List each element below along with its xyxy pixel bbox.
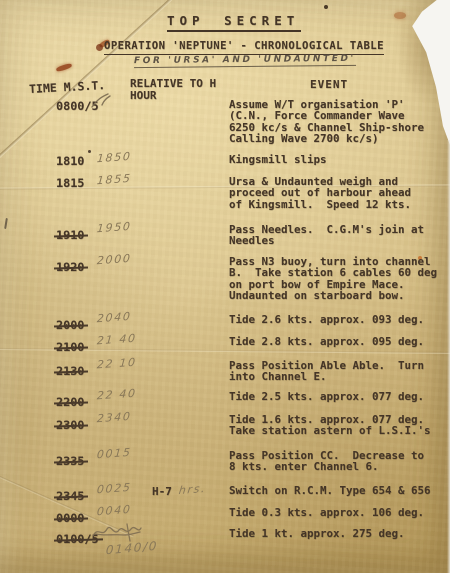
event-text: Assume W/T organisation 'P'(C.N., Force … xyxy=(229,99,424,144)
time-typed: 1810 xyxy=(56,154,84,168)
table-row: 1815 1855 Ursa & Undaunted weigh andproc… xyxy=(0,176,450,188)
time-typed: 0000 xyxy=(56,511,84,525)
table-row: 1810 1850 Kingsmill slips xyxy=(0,154,450,166)
time-handwritten: 1950 xyxy=(96,220,132,235)
table-row: 2130 22 10 Pass Position Able Able. Turn… xyxy=(0,360,450,372)
time-handwritten: 22 10 xyxy=(96,356,137,372)
event-text: Kingsmill slips xyxy=(229,154,327,165)
table-row: 2000 2040 Tide 2.6 kts. approx. 093 deg. xyxy=(0,314,450,326)
table-row: 0100/5 0140/0 Tide 1 kt. approx. 275 deg… xyxy=(0,528,450,540)
event-text: Pass Position Able Able. Turninto Channe… xyxy=(229,360,424,383)
event-text: Pass Needles. C.G.M's join atNeedles xyxy=(229,224,424,247)
time-handwritten: 2040 xyxy=(96,310,132,325)
event-text: Ursa & Undaunted weigh andproceed out of… xyxy=(229,176,411,210)
event-text: Tide 1 kt. approx. 275 deg. xyxy=(229,528,405,539)
table-row: 2300 2340 Tide 1.6 kts. approx. 077 deg.… xyxy=(0,414,450,426)
time-handwritten-below: 0140/0 xyxy=(105,539,158,557)
table-row: 2100 21 40 Tide 2.8 kts. approx. 095 deg… xyxy=(0,336,450,348)
relative-typed: H-7 xyxy=(152,485,172,498)
time-handwritten: 0040 xyxy=(96,503,132,518)
table-row: 2335 0015 Pass Position CC. Decrease to8… xyxy=(0,450,450,462)
time-typed: 0800/5 xyxy=(56,99,99,113)
table-row: 2200 22 40 Tide 2.5 kts. approx. 077 deg… xyxy=(0,391,450,403)
time-typed: 2335 xyxy=(56,454,84,468)
table-row: 0000 0040 Tide 0.3 kts. approx. 106 deg. xyxy=(0,507,450,519)
table-row: 1920 2000 Pass N3 buoy, turn into channe… xyxy=(0,256,450,268)
event-text: Tide 2.5 kts. approx. 077 deg. xyxy=(229,391,424,402)
relative-handwritten: hrs. xyxy=(178,482,207,497)
event-text: Pass Position CC. Decrease to8 kts. ente… xyxy=(229,450,424,473)
time-handwritten: 22 40 xyxy=(96,387,137,403)
table-row: 2345 0025 H-7 hrs. Switch on R.C.M. Type… xyxy=(0,485,450,497)
time-typed: 2000 xyxy=(56,318,84,332)
time-handwritten: 0015 xyxy=(96,446,132,461)
time-handwritten: 21 40 xyxy=(96,332,137,348)
time-handwritten: 1855 xyxy=(96,172,132,187)
table-row: 0800/5 Assume W/T organisation 'P'(C.N.,… xyxy=(0,99,450,111)
time-typed: 1815 xyxy=(56,176,84,190)
time-typed: 2130 xyxy=(56,364,84,378)
time-typed: 0100/5 xyxy=(56,532,99,546)
time-handwritten: 2340 xyxy=(96,410,132,425)
document-page: TOP SECRET OPERATION 'NEPTUNE' - CHRONOL… xyxy=(0,0,450,573)
chronological-table: 0800/5 Assume W/T organisation 'P'(C.N.,… xyxy=(0,0,450,573)
time-typed: 2345 xyxy=(56,489,84,503)
time-typed: 2200 xyxy=(56,395,84,409)
time-handwritten: 0025 xyxy=(96,481,132,496)
event-text: Switch on R.C.M. Type 654 & 656 xyxy=(229,485,431,496)
event-text: Tide 0.3 kts. approx. 106 deg. xyxy=(229,507,424,518)
event-text: Tide 2.6 kts. approx. 093 deg. xyxy=(229,314,424,325)
event-text: Tide 2.8 kts. approx. 095 deg. xyxy=(229,336,424,347)
table-row: 1910 1950 Pass Needles. C.G.M's join atN… xyxy=(0,224,450,236)
event-text: Tide 1.6 kts. approx. 077 deg.Take stati… xyxy=(229,414,431,437)
time-typed: 2300 xyxy=(56,418,84,432)
time-handwritten: 1850 xyxy=(96,150,132,165)
time-handwritten: 2000 xyxy=(96,252,132,267)
time-typed: 2100 xyxy=(56,340,84,354)
time-typed: 1910 xyxy=(56,228,84,242)
event-text: Pass N3 buoy, turn into channelB. Take s… xyxy=(229,256,437,301)
time-typed: 1920 xyxy=(56,260,84,274)
